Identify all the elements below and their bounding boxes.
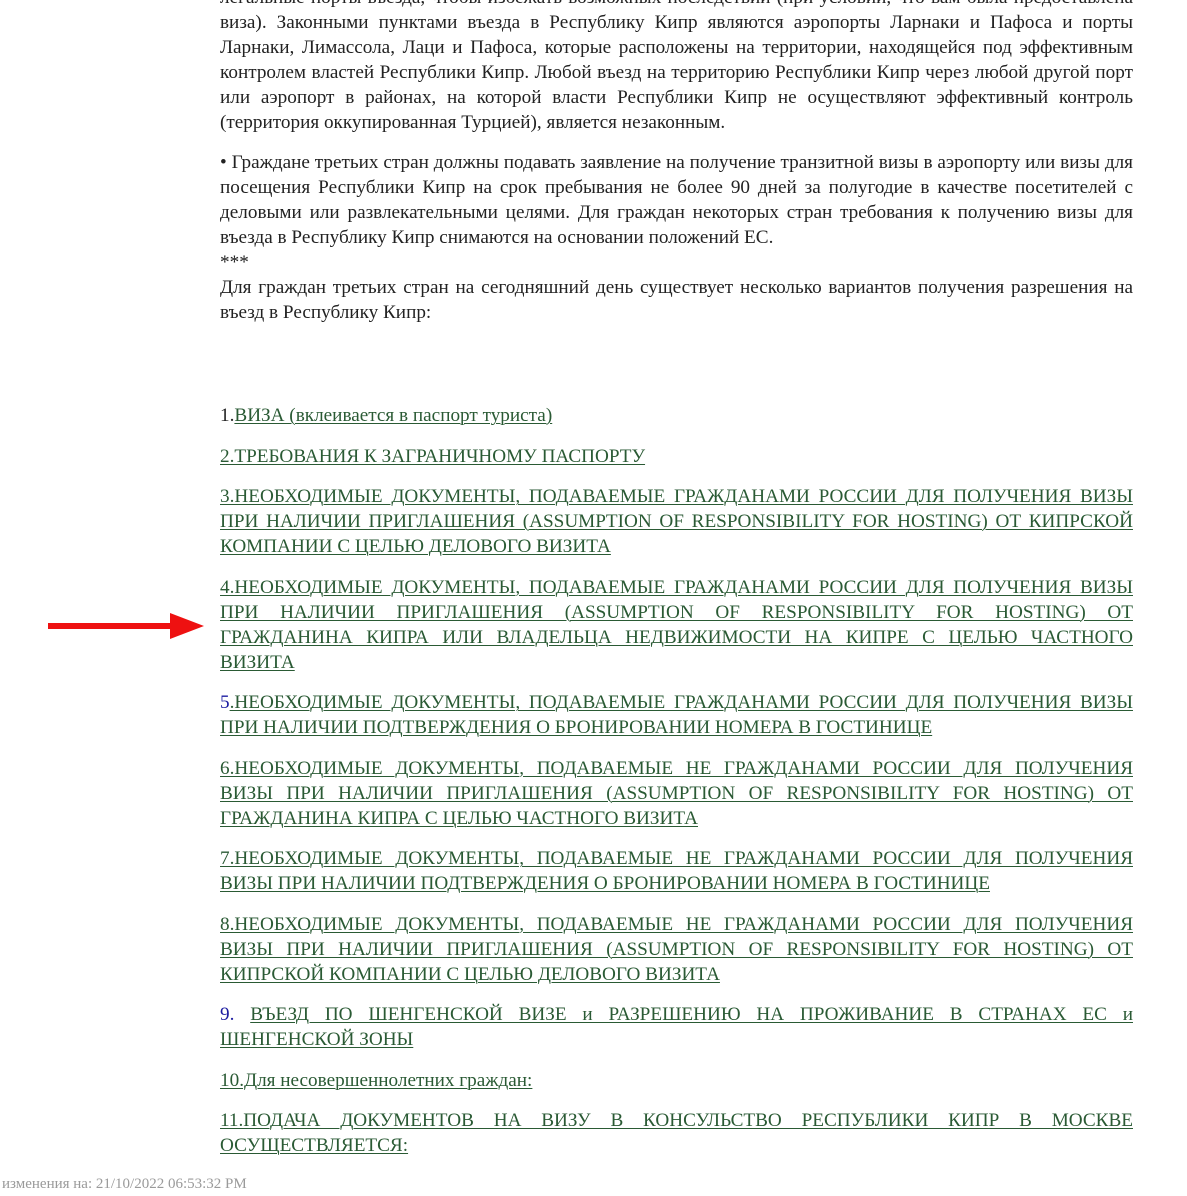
option-number: 1. [220, 405, 234, 426]
option-number: 5 [220, 692, 230, 713]
option-item-7: 7.НЕОБХОДИМЫЕ ДОКУМЕНТЫ, ПОДАВАЕМЫЕ НЕ Г… [220, 846, 1133, 896]
option-link-9[interactable]: ВЪЕЗД ПО ШЕНГЕНСКОЙ ВИЗЕ и РАЗРЕШЕНИЮ НА… [220, 1004, 1133, 1050]
option-link-1[interactable]: ВИЗА (вклеивается в паспорт туриста) [234, 405, 552, 426]
separator: *** [220, 250, 1133, 275]
option-item-2: 2.ТРЕБОВАНИЯ К ЗАГРАНИЧНОМУ ПАСПОРТУ [220, 444, 1133, 469]
red-arrow-icon [48, 612, 208, 640]
options-link-list: 1.ВИЗА (вклеивается в паспорт туриста)2.… [220, 403, 1133, 1174]
paragraph-entry-points: легальные порты въезда, чтобы избежать в… [220, 0, 1133, 135]
option-item-6: 6.НЕОБХОДИМЫЕ ДОКУМЕНТЫ, ПОДАВАЕМЫЕ НЕ Г… [220, 756, 1133, 831]
option-link-2[interactable]: 2.ТРЕБОВАНИЯ К ЗАГРАНИЧНОМУ ПАСПОРТУ [220, 446, 645, 467]
option-item-5: 5.НЕОБХОДИМЫЕ ДОКУМЕНТЫ, ПОДАВАЕМЫЕ ГРАЖ… [220, 690, 1133, 740]
paragraph-visa-requirements-text: • Граждане третьих стран должны подавать… [220, 152, 1133, 248]
paragraph-options-intro: Для граждан третьих стран на сегодняшний… [220, 275, 1133, 325]
option-item-3: 3.НЕОБХОДИМЫЕ ДОКУМЕНТЫ, ПОДАВАЕМЫЕ ГРАЖ… [220, 484, 1133, 559]
option-item-1: 1.ВИЗА (вклеивается в паспорт туриста) [220, 403, 1133, 428]
option-link-4[interactable]: 4.НЕОБХОДИМЫЕ ДОКУМЕНТЫ, ПОДАВАЕМЫЕ ГРАЖ… [220, 577, 1133, 673]
option-link-6[interactable]: 6.НЕОБХОДИМЫЕ ДОКУМЕНТЫ, ПОДАВАЕМЫЕ НЕ Г… [220, 758, 1133, 829]
option-item-8: 8.НЕОБХОДИМЫЕ ДОКУМЕНТЫ, ПОДАВАЕМЫЕ НЕ Г… [220, 912, 1133, 987]
option-number: 9. [220, 1004, 250, 1025]
option-item-4: 4.НЕОБХОДИМЫЕ ДОКУМЕНТЫ, ПОДАВАЕМЫЕ ГРАЖ… [220, 575, 1133, 675]
intro-text: легальные порты въезда, чтобы избежать в… [220, 0, 1133, 325]
paragraph-visa-requirements: • Граждане третьих стран должны подавать… [220, 150, 1133, 275]
last-modified-footer: изменения на: 21/10/2022 06:53:32 PM [2, 1176, 247, 1193]
option-link-3[interactable]: 3.НЕОБХОДИМЫЕ ДОКУМЕНТЫ, ПОДАВАЕМЫЕ ГРАЖ… [220, 486, 1133, 557]
option-link-7[interactable]: 7.НЕОБХОДИМЫЕ ДОКУМЕНТЫ, ПОДАВАЕМЫЕ НЕ Г… [220, 848, 1133, 894]
option-link-8[interactable]: 8.НЕОБХОДИМЫЕ ДОКУМЕНТЫ, ПОДАВАЕМЫЕ НЕ Г… [220, 914, 1133, 985]
option-link-5[interactable]: .НЕОБХОДИМЫЕ ДОКУМЕНТЫ, ПОДАВАЕМЫЕ ГРАЖД… [220, 692, 1133, 738]
option-item-11: 11.ПОДАЧА ДОКУМЕНТОВ НА ВИЗУ В КОНСУЛЬСТ… [220, 1108, 1133, 1158]
option-link-10[interactable]: 10.Для несовершеннолетних граждан: [220, 1070, 532, 1091]
option-item-10: 10.Для несовершеннолетних граждан: [220, 1068, 1133, 1093]
option-item-9: 9. ВЪЕЗД ПО ШЕНГЕНСКОЙ ВИЗЕ и РАЗРЕШЕНИЮ… [220, 1002, 1133, 1052]
option-link-11[interactable]: 11.ПОДАЧА ДОКУМЕНТОВ НА ВИЗУ В КОНСУЛЬСТ… [220, 1110, 1133, 1156]
